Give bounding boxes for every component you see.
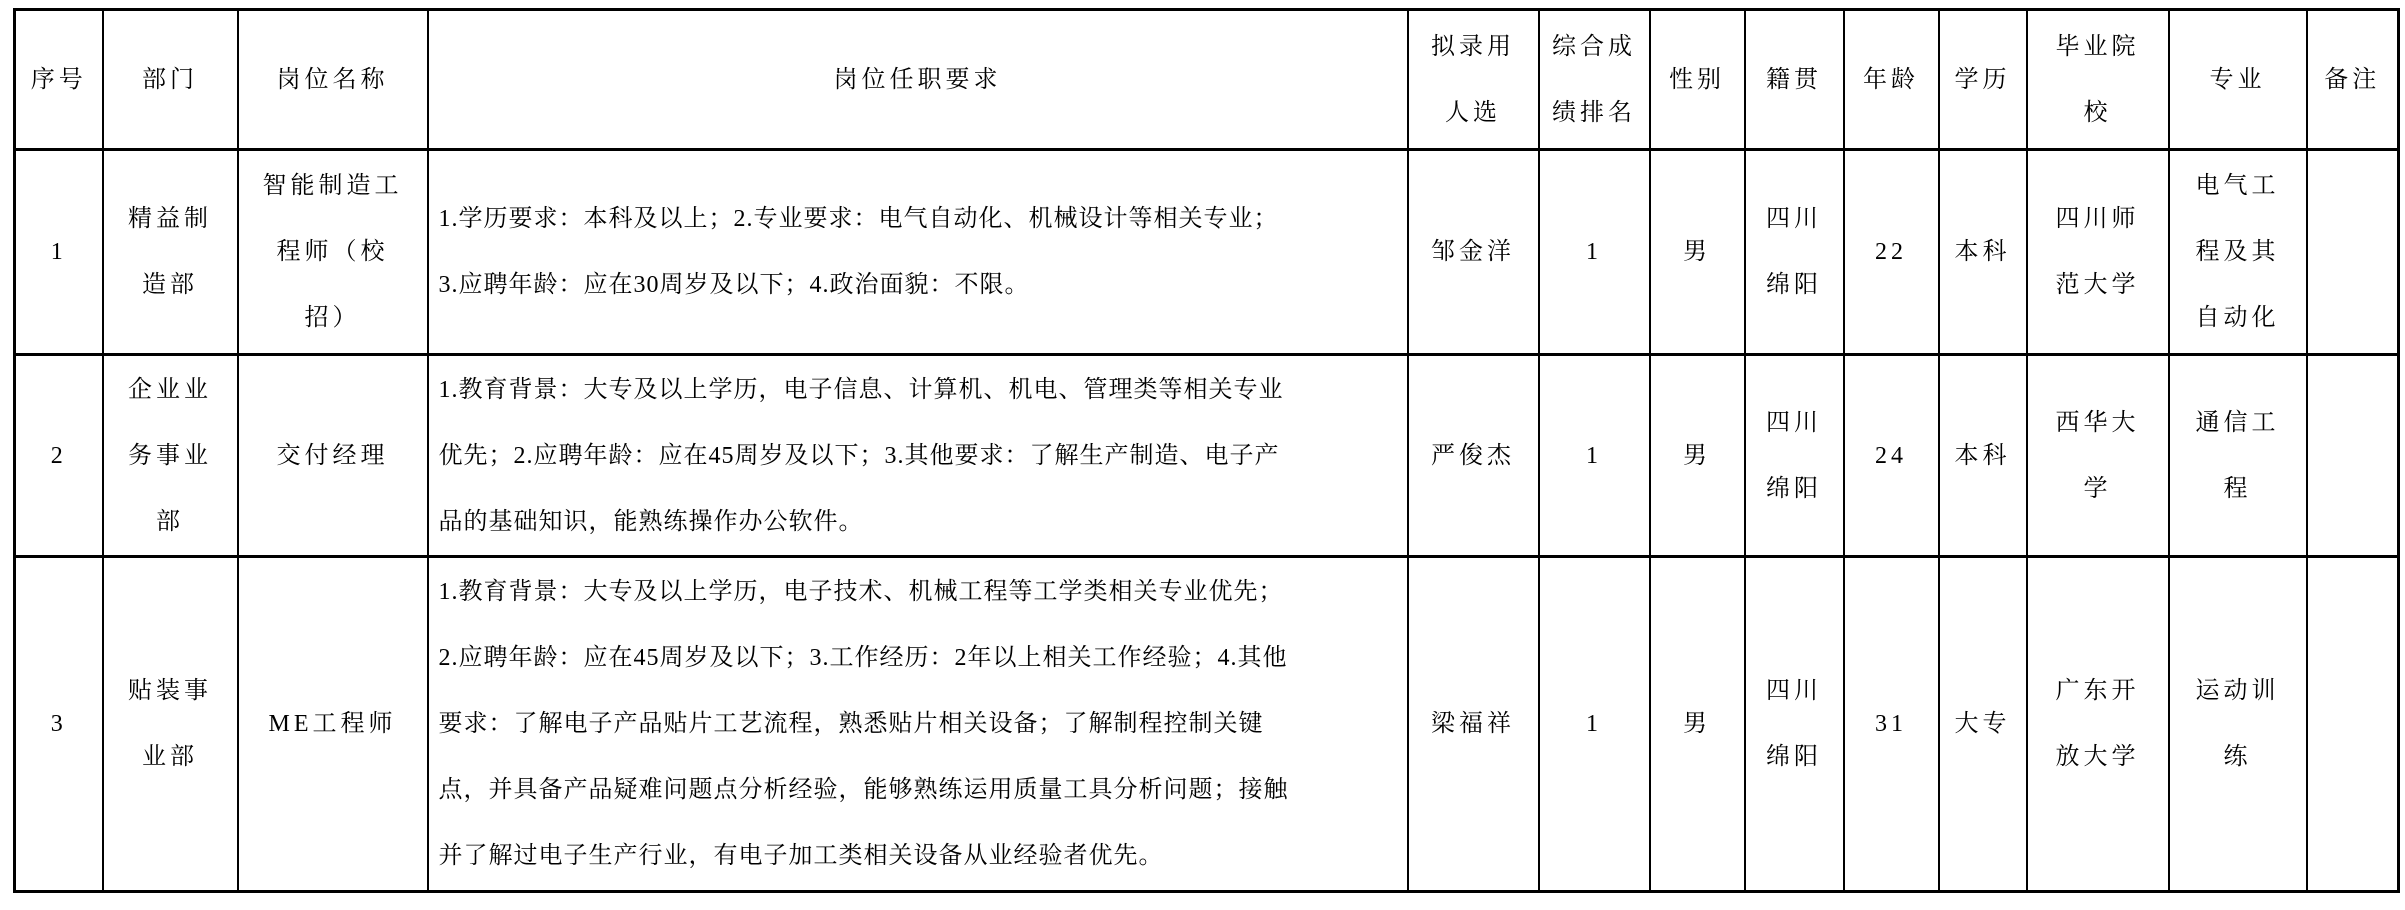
cell-gender: 男 <box>1650 355 1745 557</box>
cell-remarks <box>2307 355 2399 557</box>
col-header-department: 部门 <box>103 10 238 150</box>
cell-native-place: 四川 绵阳 <box>1745 557 1844 892</box>
col-header-education: 学历 <box>1939 10 2027 150</box>
cell-school: 广东开 放大学 <box>2027 557 2169 892</box>
cell-index: 1 <box>15 150 103 355</box>
cell-major: 电气工 程及其 自动化 <box>2169 150 2307 355</box>
col-header-school: 毕业院 校 <box>2027 10 2169 150</box>
cell-remarks <box>2307 150 2399 355</box>
col-header-requirements: 岗位任职要求 <box>428 10 1408 150</box>
cell-rank: 1 <box>1539 355 1650 557</box>
col-header-rank: 综合成 绩排名 <box>1539 10 1650 150</box>
col-header-major: 专业 <box>2169 10 2307 150</box>
col-header-native-place: 籍贯 <box>1745 10 1844 150</box>
cell-education: 本科 <box>1939 355 2027 557</box>
cell-department: 企业业 务事业 部 <box>103 355 238 557</box>
cell-position: 智能制造工 程师（校 招） <box>238 150 428 355</box>
cell-age: 24 <box>1844 355 1939 557</box>
cell-index: 3 <box>15 557 103 892</box>
cell-candidate: 严俊杰 <box>1408 355 1539 557</box>
table-row: 1 精益制 造部 智能制造工 程师（校 招） 1.学历要求：本科及以上；2.专业… <box>15 150 2399 355</box>
col-header-index: 序号 <box>15 10 103 150</box>
col-header-gender: 性别 <box>1650 10 1745 150</box>
cell-requirements: 1.教育背景：大专及以上学历，电子信息、计算机、机电、管理类等相关专业 优先；2… <box>428 355 1408 557</box>
document-page: 序号 部门 岗位名称 岗位任职要求 拟录用 人选 综合成 绩排名 性别 籍贯 年… <box>0 0 2405 893</box>
table-row: 3 贴装事 业部 ME工程师 1.教育背景：大专及以上学历，电子技术、机械工程等… <box>15 557 2399 892</box>
cell-native-place: 四川 绵阳 <box>1745 355 1844 557</box>
cell-school: 西华大 学 <box>2027 355 2169 557</box>
col-header-candidate: 拟录用 人选 <box>1408 10 1539 150</box>
table-body: 1 精益制 造部 智能制造工 程师（校 招） 1.学历要求：本科及以上；2.专业… <box>15 150 2399 892</box>
cell-education: 本科 <box>1939 150 2027 355</box>
cell-requirements: 1.学历要求：本科及以上；2.专业要求：电气自动化、机械设计等相关专业； 3.应… <box>428 150 1408 355</box>
table-row: 2 企业业 务事业 部 交付经理 1.教育背景：大专及以上学历，电子信息、计算机… <box>15 355 2399 557</box>
header-row: 序号 部门 岗位名称 岗位任职要求 拟录用 人选 综合成 绩排名 性别 籍贯 年… <box>15 10 2399 150</box>
cell-gender: 男 <box>1650 557 1745 892</box>
cell-major: 通信工 程 <box>2169 355 2307 557</box>
cell-major: 运动训 练 <box>2169 557 2307 892</box>
cell-department: 精益制 造部 <box>103 150 238 355</box>
cell-age: 31 <box>1844 557 1939 892</box>
cell-department: 贴装事 业部 <box>103 557 238 892</box>
col-header-remarks: 备注 <box>2307 10 2399 150</box>
col-header-age: 年龄 <box>1844 10 1939 150</box>
col-header-position: 岗位名称 <box>238 10 428 150</box>
table-header: 序号 部门 岗位名称 岗位任职要求 拟录用 人选 综合成 绩排名 性别 籍贯 年… <box>15 10 2399 150</box>
cell-position: ME工程师 <box>238 557 428 892</box>
cell-candidate: 邹金洋 <box>1408 150 1539 355</box>
cell-rank: 1 <box>1539 557 1650 892</box>
cell-gender: 男 <box>1650 150 1745 355</box>
cell-index: 2 <box>15 355 103 557</box>
cell-rank: 1 <box>1539 150 1650 355</box>
cell-candidate: 梁福祥 <box>1408 557 1539 892</box>
cell-native-place: 四川 绵阳 <box>1745 150 1844 355</box>
cell-position: 交付经理 <box>238 355 428 557</box>
cell-school: 四川师 范大学 <box>2027 150 2169 355</box>
cell-education: 大专 <box>1939 557 2027 892</box>
cell-remarks <box>2307 557 2399 892</box>
cell-age: 22 <box>1844 150 1939 355</box>
cell-requirements: 1.教育背景：大专及以上学历，电子技术、机械工程等工学类相关专业优先； 2.应聘… <box>428 557 1408 892</box>
recruitment-roster-table: 序号 部门 岗位名称 岗位任职要求 拟录用 人选 综合成 绩排名 性别 籍贯 年… <box>13 8 2400 893</box>
